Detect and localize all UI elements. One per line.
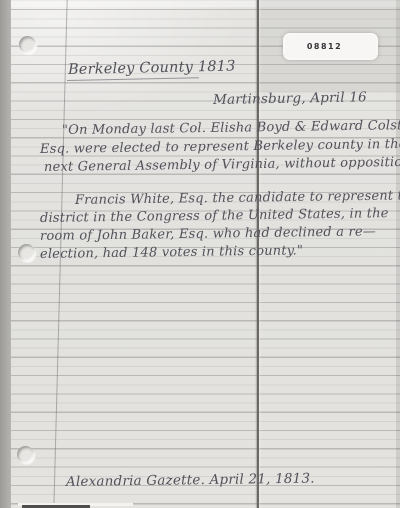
hole-punch-middle [18,244,35,261]
archive-label-number: 08812 [307,42,342,51]
hole-punch-top [19,36,36,53]
scan-left-edge [0,0,11,508]
archive-label-sticker: 08812 [283,33,378,60]
hole-punch-bottom [17,446,34,463]
dateline-handwriting: Martinsburg, April 16 [213,89,367,108]
scanned-notebook-page: 08812 Berkeley County 1813 Martinsburg, … [0,0,400,508]
